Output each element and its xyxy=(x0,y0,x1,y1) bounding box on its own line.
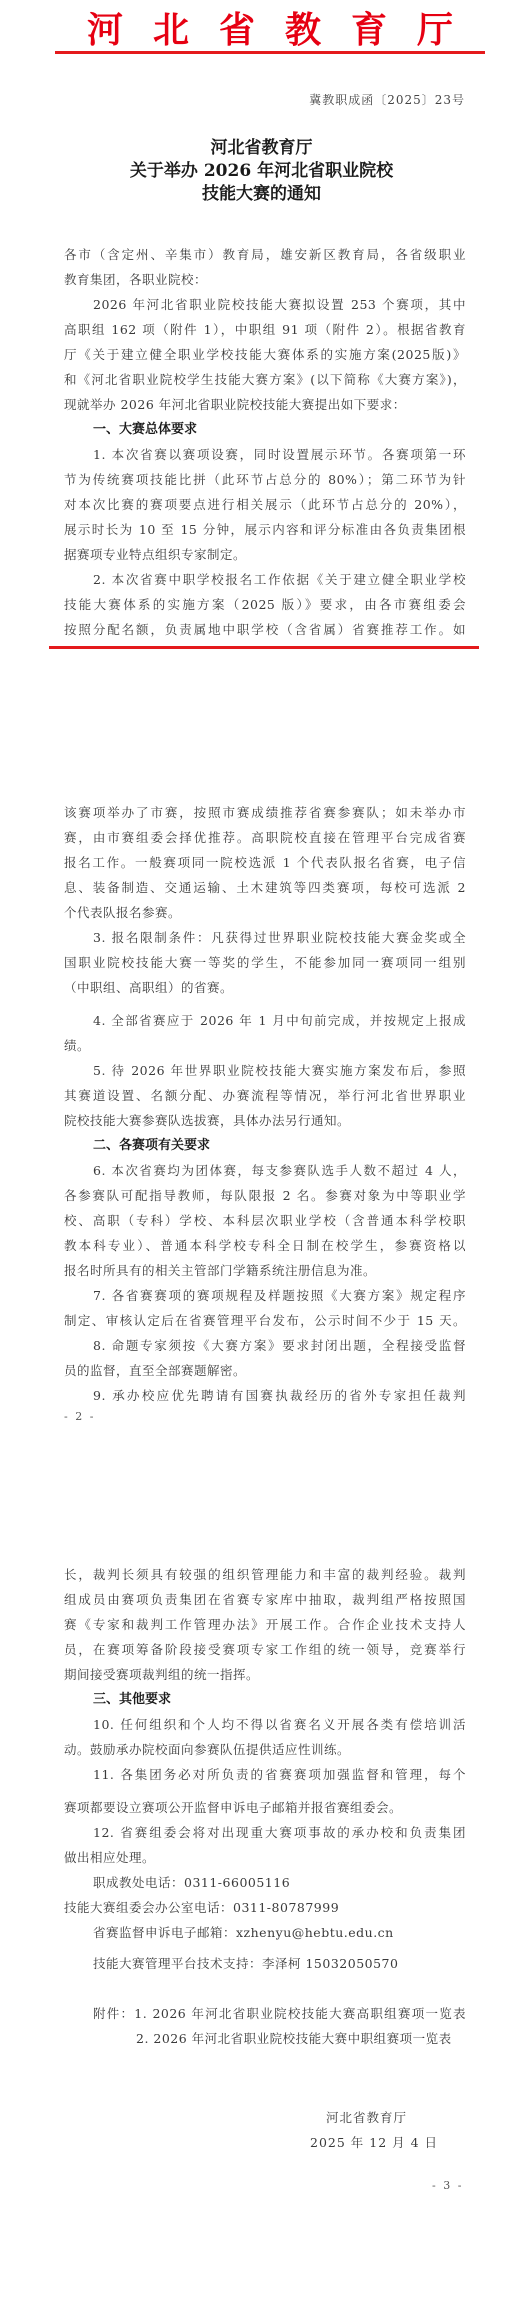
body-line: 12. 省赛组委会将对出现重大赛项事故的承办校和负责集团 xyxy=(93,1825,466,1841)
document-number: 冀教职成函〔2025〕23号 xyxy=(309,91,465,108)
doc-title-line-1: 河北省教育厅 xyxy=(0,138,523,158)
body-line: 组成员由赛项负责集团在省赛专家库中抽取，裁判组严格按照国 xyxy=(64,1592,466,1608)
office-phone: 职成教处电话：0311-66005116 xyxy=(93,1875,466,1891)
body-line: 11. 各集团务必对所负责的省赛赛项加强监督和管理，每个 xyxy=(93,1767,466,1783)
doc-title-line-3: 技能大赛的通知 xyxy=(0,184,523,204)
body-line: 5. 待 2026 年世界职业院校技能大赛实施方案发布后，参照 xyxy=(93,1063,466,1079)
body-line: 技能大赛体系的实施方案（2025 版）》要求，由各市赛组委会 xyxy=(64,597,466,613)
body-line: 7. 各省赛赛项的赛项规程及样题按照《大赛方案》规定程序 xyxy=(93,1288,466,1304)
body-line: 展示时长为 10 至 15 分钟，展示内容和评分标准由各负责集团根 xyxy=(64,522,466,538)
body-line: 个代表队报名参赛。 xyxy=(64,905,466,921)
page-number: - 2 - xyxy=(64,1410,95,1423)
page-red-rule xyxy=(49,646,479,649)
body-line: 6. 本次省赛均为团体赛，每支参赛队选手人数不超过 4 人， xyxy=(93,1163,466,1179)
body-line: 3. 报名限制条件：凡获得过世界职业院校技能大赛金奖或全 xyxy=(93,930,466,946)
signature-org: 河北省教育厅 xyxy=(326,2110,407,2126)
body-line: 赛项都要设立赛项公开监督申诉电子邮箱并报省赛组委会。 xyxy=(64,1800,466,1816)
body-line: 赛，由市赛组委会择优推荐。高职院校直接在管理平台完成省赛 xyxy=(64,830,466,846)
body-line: 高职组 162 项（附件 1），中职组 91 项（附件 2）。根据省教育 xyxy=(64,322,466,338)
body-line: 国职业院校技能大赛一等奖的学生，不能参加同一赛项同一组别 xyxy=(64,955,466,971)
body-line: 员的监督，直至全部赛题解密。 xyxy=(64,1363,466,1379)
body-line: 该赛项举办了市赛，按照市赛成绩推荐省赛参赛队；如未举办市 xyxy=(64,805,466,821)
body-line: 息、装备制造、交通运输、土木建筑等四类赛项，每校可选派 2 xyxy=(64,880,466,896)
body-line: （中职组、高职组）的省赛。 xyxy=(64,980,466,996)
body-line: 1. 本次省赛以赛项设赛，同时设置展示环节。各赛项第一环 xyxy=(93,447,466,463)
body-line: 做出相应处理。 xyxy=(64,1850,466,1866)
complaint-email[interactable]: 省赛监督申诉电子邮箱：xzhenyu@hebtu.edu.cn xyxy=(93,1925,466,1941)
body-line: 各参赛队可配指导教师，每队限报 2 名。参赛对象为中等职业学 xyxy=(64,1188,466,1204)
page-number: - 3 - xyxy=(432,2179,463,2192)
body-line: 2. 本次省赛中职学校报名工作依据《关于建立健全职业学校 xyxy=(93,572,466,588)
body-line: 动。鼓励承办院校面向参赛队伍提供适应性训练。 xyxy=(64,1742,466,1758)
section-heading-2: 二、各赛项有关要求 xyxy=(93,1138,210,1154)
signature-date: 2025 年 12 月 4 日 xyxy=(310,2135,438,2151)
body-line: 按照分配名额，负责属地中职学校（含省属）省赛推荐工作。如 xyxy=(64,622,466,638)
body-line: 教本科专业）、普通本科学校专科全日制在校学生，参赛资格以 xyxy=(64,1238,466,1254)
body-line: 期间接受赛项裁判组的统一指挥。 xyxy=(64,1667,466,1683)
tech-support: 技能大赛管理平台技术支持：李泽柯 15032050570 xyxy=(93,1956,466,1972)
body-line: 报名时所具有的相关主管部门学籍系统注册信息为准。 xyxy=(64,1263,466,1279)
salutation-line: 教育集团，各职业院校： xyxy=(64,272,466,288)
body-line: 报名工作。一般赛项同一院校选派 1 个代表队报名省赛，电子信 xyxy=(64,855,466,871)
body-line: 院校技能大赛参赛队选拔赛，具体办法另行通知。 xyxy=(64,1113,466,1129)
salutation-line: 各市（含定州、辛集市）教育局，雄安新区教育局，各省级职业 xyxy=(64,247,466,263)
body-line: 其赛道设置、名额分配、办赛流程等情况，举行河北省世界职业 xyxy=(64,1088,466,1104)
body-line: 节为传统赛项技能比拼（此环节占总分的 80%）；第二环节为针 xyxy=(64,472,466,488)
body-line: 绩。 xyxy=(64,1038,466,1054)
body-line: 现就举办 2026 年河北省职业院校技能大赛提出如下要求： xyxy=(64,397,466,413)
body-line: 8. 命题专家须按《大赛方案》要求封闭出题，全程接受监督 xyxy=(93,1338,466,1354)
body-line: 据赛项专业特点组织专家制定。 xyxy=(64,547,466,563)
attachment-2: 2. 2026 年河北省职业院校技能大赛中职组赛项一览表 xyxy=(136,2031,466,2047)
body-line: 10. 任何组织和个人均不得以省赛名义开展各类有偿培训活 xyxy=(93,1717,466,1733)
masthead-red-rule xyxy=(55,51,485,54)
body-line: 2026 年河北省职业院校技能大赛拟设置 253 个赛项，其中 xyxy=(93,297,466,313)
body-line: 4. 全部省赛应于 2026 年 1 月中旬前完成，并按规定上报成 xyxy=(93,1013,466,1029)
body-line: 赛《专家和裁判工作管理办法》开展工作。合作企业技术支持人 xyxy=(64,1617,466,1633)
committee-phone: 技能大赛组委会办公室电话：0311-80787999 xyxy=(64,1900,466,1916)
body-line: 厅《关于建立健全职业学校技能大赛体系的实施方案(2025版)》 xyxy=(64,347,466,363)
body-line: 长，裁判长须具有较强的组织管理能力和丰富的裁判经验。裁判 xyxy=(64,1567,466,1583)
section-heading-1: 一、大赛总体要求 xyxy=(93,422,197,438)
section-heading-3: 三、其他要求 xyxy=(93,1692,171,1708)
body-line: 校、高职（专科）学校、本科层次职业学校（含普通本科学校职 xyxy=(64,1213,466,1229)
doc-title-line-2: 关于举办 2026 年河北省职业院校 xyxy=(0,161,523,181)
attachment-1: 附件：1. 2026 年河北省职业院校技能大赛高职组赛项一览表 xyxy=(93,2006,466,2022)
body-line: 和《河北省职业院校学生技能大赛方案》(以下简称《大赛方案》)， xyxy=(64,372,466,388)
body-line: 员，在赛项筹备阶段接受赛项专家工作组的统一领导，竞赛举行 xyxy=(64,1642,466,1658)
body-line: 9. 承办校应优先聘请有国赛执裁经历的省外专家担任裁判 xyxy=(93,1388,466,1404)
masthead-title: 河北省教育厅 xyxy=(55,8,485,52)
body-line: 制定、审核认定后在省赛管理平台发布，公示时间不少于 15 天。 xyxy=(64,1313,466,1329)
body-line: 对本次比赛的赛项要点进行相关展示（此环节占总分的 20%）， xyxy=(64,497,466,513)
